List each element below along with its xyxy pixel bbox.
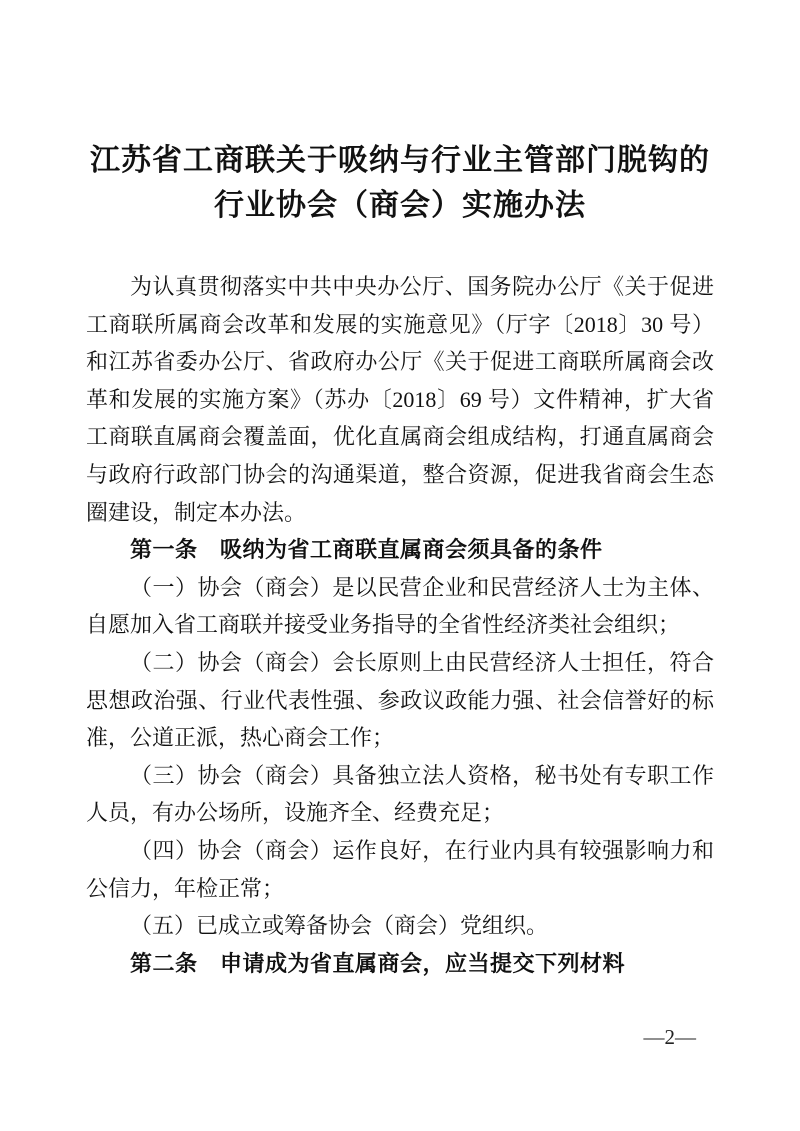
condition-item-1: （一）协会（商会）是以民营企业和民营经济人士为主体、自愿加入省工商联并接受业务指…	[86, 569, 714, 644]
condition-item-5: （五）已成立或筹备协会（商会）党组织。	[86, 907, 714, 945]
document-content: 江苏省工商联关于吸纳与行业主管部门脱钩的 行业协会（商会）实施办法 为认真贯彻落…	[86, 138, 714, 982]
condition-item-4: （四）协会（商会）运作良好，在行业内具有较强影响力和公信力，年检正常；	[86, 832, 714, 907]
intro-paragraph: 为认真贯彻落实中共中央办公厅、国务院办公厅《关于促进工商联所属商会改革和发展的实…	[86, 268, 714, 531]
document-body: 为认真贯彻落实中共中央办公厅、国务院办公厅《关于促进工商联所属商会改革和发展的实…	[86, 268, 714, 982]
article-1-heading: 第一条 吸纳为省工商联直属商会须具备的条件	[86, 531, 714, 569]
condition-item-3: （三）协会（商会）具备独立法人资格，秘书处有专职工作人员，有办公场所，设施齐全、…	[86, 757, 714, 832]
page-number: —2—	[644, 1024, 697, 1050]
title-line-1: 江苏省工商联关于吸纳与行业主管部门脱钩的	[90, 144, 710, 177]
article-2-heading: 第二条 申请成为省直属商会，应当提交下列材料	[86, 945, 714, 983]
condition-item-2: （二）协会（商会）会长原则上由民营经济人士担任，符合思想政治强、行业代表性强、参…	[86, 644, 714, 757]
document-title: 江苏省工商联关于吸纳与行业主管部门脱钩的 行业协会（商会）实施办法	[86, 138, 714, 228]
title-line-2: 行业协会（商会）实施办法	[214, 189, 586, 222]
document-page: 江苏省工商联关于吸纳与行业主管部门脱钩的 行业协会（商会）实施办法 为认真贯彻落…	[0, 0, 800, 1131]
